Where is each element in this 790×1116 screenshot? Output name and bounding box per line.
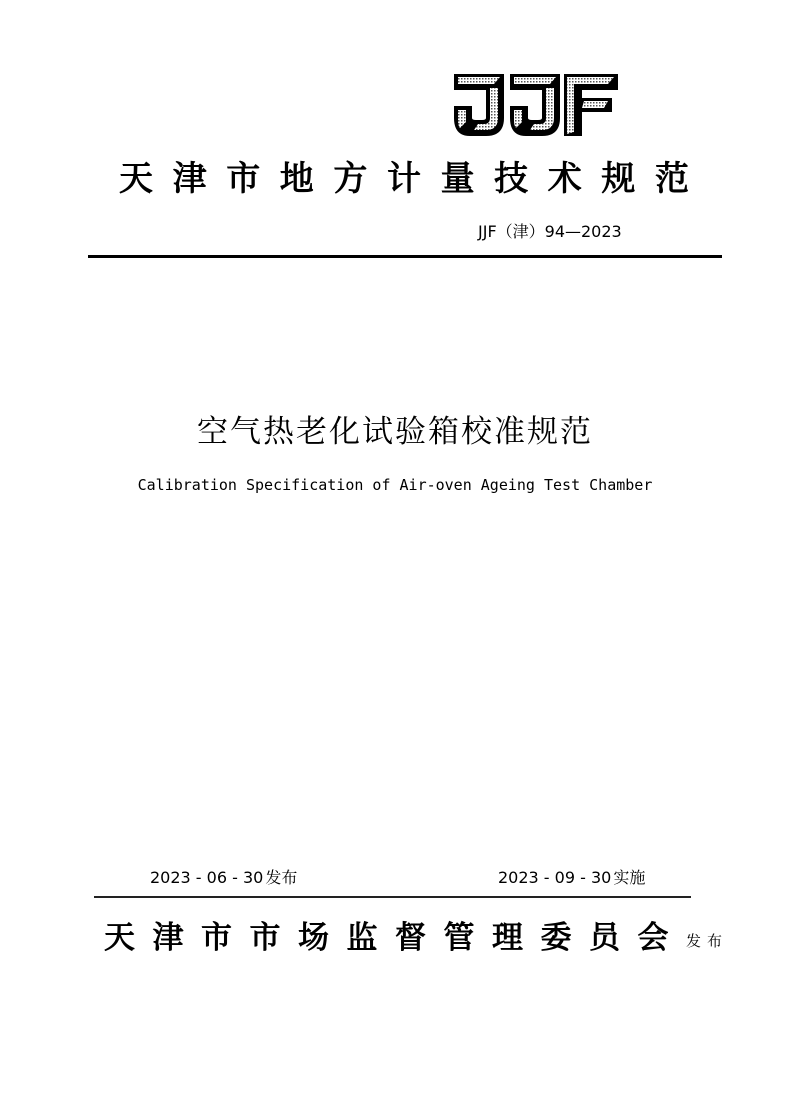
issuer-char: 范 <box>654 155 690 203</box>
issuer-char: 天 <box>118 155 154 203</box>
org-char: 会 <box>638 916 687 960</box>
publish-date-label: 发布 <box>265 868 297 887</box>
issuer-char: 津 <box>172 155 208 203</box>
org-char: 津 <box>153 916 202 960</box>
effective-date-value: 2023 - 09 - 30 <box>498 868 611 887</box>
effective-date-label: 实施 <box>613 868 645 887</box>
org-char: 理 <box>492 916 541 960</box>
org-char: 员 <box>589 916 638 960</box>
issuer-title: 天 津 市 地 方 计 量 技 术 规 范 <box>118 155 690 203</box>
issuer-char: 市 <box>225 155 261 203</box>
publish-date-value: 2023 - 06 - 30 <box>150 868 263 887</box>
footer-divider <box>94 896 691 898</box>
publish-date: 2023 - 06 - 30发布 <box>150 867 297 889</box>
org-char: 市 <box>201 916 250 960</box>
issuer-char: 术 <box>547 155 583 203</box>
issuer-char: 计 <box>386 155 422 203</box>
org-char: 委 <box>541 916 590 960</box>
effective-date: 2023 - 09 - 30实施 <box>498 867 645 889</box>
organization-name: 天 津 市 市 场 监 督 管 理 委 员 会 <box>104 916 686 960</box>
jjf-logo-icon <box>452 72 620 138</box>
org-char: 市 <box>250 916 299 960</box>
organization-publish-label: 发布 <box>686 926 728 960</box>
org-char: 天 <box>104 916 153 960</box>
document-title-english: Calibration Specification of Air-oven Ag… <box>0 474 790 496</box>
issuer-char: 地 <box>279 155 315 203</box>
issuer-char: 技 <box>493 155 529 203</box>
issuer-char: 规 <box>600 155 636 203</box>
issuer-char: 量 <box>440 155 476 203</box>
org-char: 场 <box>298 916 347 960</box>
org-char: 监 <box>347 916 396 960</box>
org-char: 管 <box>444 916 493 960</box>
org-char: 督 <box>395 916 444 960</box>
standard-number: JJF（津）94—2023 <box>478 221 622 243</box>
issuer-char: 方 <box>332 155 368 203</box>
publishing-organization: 天 津 市 市 场 监 督 管 理 委 员 会 发布 <box>104 912 728 960</box>
header-divider <box>88 255 722 258</box>
document-title: 空气热老化试验箱校准规范 <box>0 408 790 456</box>
